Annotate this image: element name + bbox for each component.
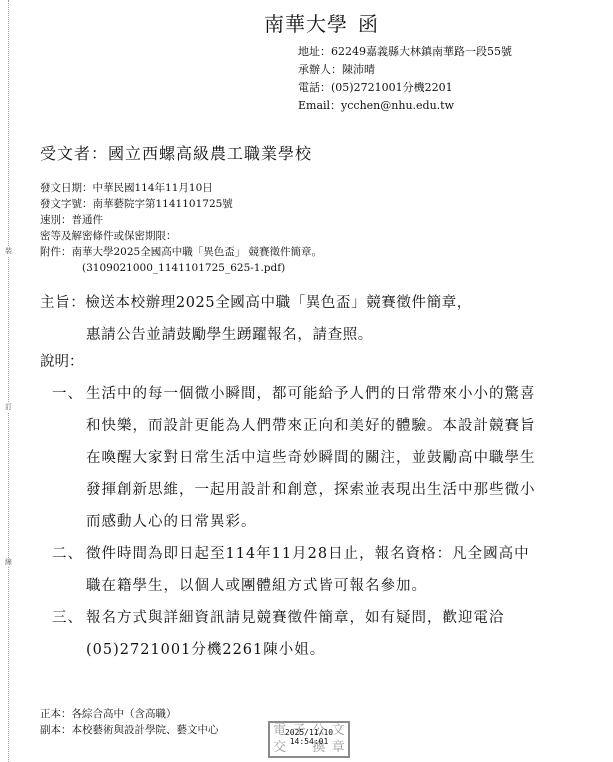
sender-handler: 承辦人：陳沛晴 <box>298 61 553 79</box>
doc-number: 發文字號：南華藝院字第1141101725號 <box>40 196 322 212</box>
original-recipients: 正本：各綜合高中（含高職） <box>40 706 219 722</box>
subject-line-1: 主旨：檢送本校辦理2025全國高中職「異色盃」競賽徵件簡章， <box>40 287 472 319</box>
sender-address: 地址：62249嘉義縣大林鎮南華路一段55號 <box>298 43 553 61</box>
explanation-item: 三、 報名方式與詳細資訊請見競賽徵件簡章，如有疑問，歡迎電洽(05)272100… <box>52 602 552 666</box>
binding-label-xian: 線 <box>4 558 13 567</box>
explanation-heading: 說明： <box>40 350 84 371</box>
explanation-item: 一、 生活中的每一個微小瞬間，都可能給予人們的日常帶來小小的驚喜和快樂，而設計更… <box>52 378 552 538</box>
document-meta: 發文日期：中華民國114年11月10日 發文字號：南華藝院字第114110172… <box>40 180 322 276</box>
sender-phone: 電話：(05)2721001分機2201 <box>298 79 553 97</box>
org-name: 南華大學 <box>264 12 348 36</box>
binding-label-zhuang: 裝 <box>4 247 13 256</box>
explanation-list: 一、 生活中的每一個微小瞬間，都可能給予人們的日常帶來小小的驚喜和快樂，而設計更… <box>52 378 552 666</box>
item-number: 二、 <box>52 538 86 602</box>
doc-type: 函 <box>358 12 379 36</box>
stamp-timestamp: 2025/11/10 14:54:01 <box>270 728 348 746</box>
binding-label-ding: 訂 <box>4 403 13 412</box>
stamp-time: 14:54:01 <box>270 737 348 746</box>
issue-date: 發文日期：中華民國114年11月10日 <box>40 180 322 196</box>
distribution: 正本：各綜合高中（含高職） 副本：本校藝術與設計學院、藝文中心 <box>40 706 219 738</box>
binding-margin-line <box>8 0 9 762</box>
subject-line-2: 惠請公告並請鼓勵學生踴躍報名，請查照。 <box>40 319 472 351</box>
explanation-item: 二、 徵件時間為即日起至114年11月28日止，報名資格：凡全國高中職在籍學生，… <box>52 538 552 602</box>
electronic-document-stamp: 電 子 公 文 交 換 章 2025/11/10 14:54:01 <box>268 721 350 758</box>
item-text: 報名方式與詳細資訊請見競賽徵件簡章，如有疑問，歡迎電洽(05)2721001分機… <box>86 602 544 666</box>
subject: 主旨：檢送本校辦理2025全國高中職「異色盃」競賽徵件簡章， 惠請公告並請鼓勵學… <box>40 287 472 351</box>
confidentiality: 密等及解密條件或保密期限： <box>40 228 322 244</box>
item-number: 三、 <box>52 602 86 666</box>
attachment-file[interactable]: (3109021000_1141101725_625-1.pdf) <box>40 260 322 276</box>
item-text: 徵件時間為即日起至114年11月28日止，報名資格：凡全國高中職在籍學生，以個人… <box>86 538 544 602</box>
item-text: 生活中的每一個微小瞬間，都可能給予人們的日常帶來小小的驚喜和快樂，而設計更能為人… <box>86 378 544 538</box>
sender-info: 地址：62249嘉義縣大林鎮南華路一段55號 承辦人：陳沛晴 電話：(05)27… <box>298 43 553 115</box>
document-title: 南華大學函 <box>0 8 613 37</box>
item-number: 一、 <box>52 378 86 538</box>
attachment: 附件：南華大學2025全國高中職「異色盃」 競賽徵件簡章。 <box>40 244 322 260</box>
recipient: 受文者：國立西螺高級農工職業學校 <box>40 141 312 164</box>
urgency: 速別：普通件 <box>40 212 322 228</box>
sender-email: Email：ycchen@nhu.edu.tw <box>298 97 553 115</box>
copy-recipients: 副本：本校藝術與設計學院、藝文中心 <box>40 722 219 738</box>
stamp-date: 2025/11/10 <box>270 728 348 737</box>
